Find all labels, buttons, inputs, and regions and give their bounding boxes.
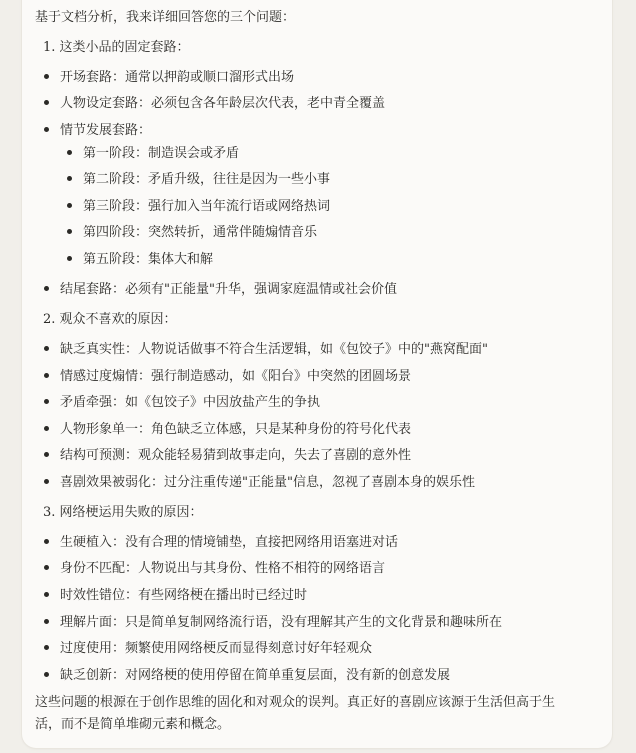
list-item: 开场套路：通常以押韵或顺口溜形式出场 (44, 68, 294, 88)
section-heading-1: 1. 这类小品的固定套路： (43, 38, 190, 58)
list-item: 结尾套路：必须有"正能量"升华，强调家庭温情或社会价值 (44, 280, 397, 300)
bullet-icon (44, 619, 49, 624)
bullet-icon (44, 479, 49, 484)
bullet-icon (44, 592, 49, 597)
bullet-icon (44, 74, 49, 79)
bullet-icon (44, 672, 49, 677)
sub-list-item: 第四阶段：突然转折，通常伴随煽情音乐 (67, 223, 317, 243)
bullet-icon (44, 373, 49, 378)
bullet-icon (67, 203, 72, 208)
list-item: 情感过度煽情：强行制造感动，如《阳台》中突然的团圆场景 (44, 367, 411, 387)
list-item: 人物形象单一：角色缺乏立体感，只是某种身份的符号化代表 (44, 420, 411, 440)
section-heading-2: 2. 观众不喜欢的原因： (43, 310, 177, 330)
list-item: 时效性错位：有些网络梗在播出时已经过时 (44, 586, 307, 606)
list-item: 缺乏创新：对网络梗的使用停留在简单重复层面，没有新的创意发展 (44, 666, 450, 686)
sub-list-item: 第五阶段：集体大和解 (67, 250, 213, 270)
list-item: 理解片面：只是简单复制网络流行语，没有理解其产生的文化背景和趣味所在 (44, 613, 502, 633)
bullet-icon (67, 256, 72, 261)
bullet-icon (44, 539, 49, 544)
bullet-icon (44, 565, 49, 570)
section-heading-3: 3. 网络梗运用失败的原因： (43, 503, 203, 523)
bullet-icon (44, 452, 49, 457)
sub-list-item: 第一阶段：制造误会或矛盾 (67, 144, 239, 164)
list-item: 过度使用：频繁使用网络梗反而显得刻意讨好年轻观众 (44, 639, 372, 659)
bullet-icon (67, 150, 72, 155)
summary-paragraph: 这些问题的根源在于创作思维的固化和对观众的误判。真正好的喜剧应该源于生活但高于生… (35, 692, 570, 736)
list-item: 生硬植入：没有合理的情境铺垫，直接把网络用语塞进对话 (44, 533, 398, 553)
intro-text: 基于文档分析，我来详细回答您的三个问题： (35, 8, 295, 28)
bullet-icon (67, 176, 72, 181)
bullet-icon (44, 346, 49, 351)
bullet-icon (67, 229, 72, 234)
bullet-icon (44, 286, 49, 291)
bullet-icon (44, 399, 49, 404)
list-item: 人物设定套路：必须包含各年龄层次代表，老中青全覆盖 (44, 94, 385, 114)
bullet-icon (44, 100, 49, 105)
sub-list-item: 第三阶段：强行加入当年流行语或网络热词 (67, 197, 330, 217)
bullet-icon (44, 127, 49, 132)
bullet-icon (44, 426, 49, 431)
list-item: 矛盾牵强：如《包饺子》中因放盐产生的争执 (44, 393, 320, 413)
bullet-icon (44, 645, 49, 650)
list-item: 结构可预测：观众能轻易猜到故事走向，失去了喜剧的意外性 (44, 446, 411, 466)
list-item: 喜剧效果被弱化：过分注重传递"正能量"信息，忽视了喜剧本身的娱乐性 (44, 473, 475, 493)
list-item: 情节发展套路： (44, 121, 151, 141)
sub-list-item: 第二阶段：矛盾升级，往往是因为一些小事 (67, 170, 330, 190)
list-item: 缺乏真实性：人物说话做事不符合生活逻辑，如《包饺子》中的"燕窝配面" (44, 340, 488, 360)
list-item: 身份不匹配：人物说出与其身份、性格不相符的网络语言 (44, 559, 385, 579)
